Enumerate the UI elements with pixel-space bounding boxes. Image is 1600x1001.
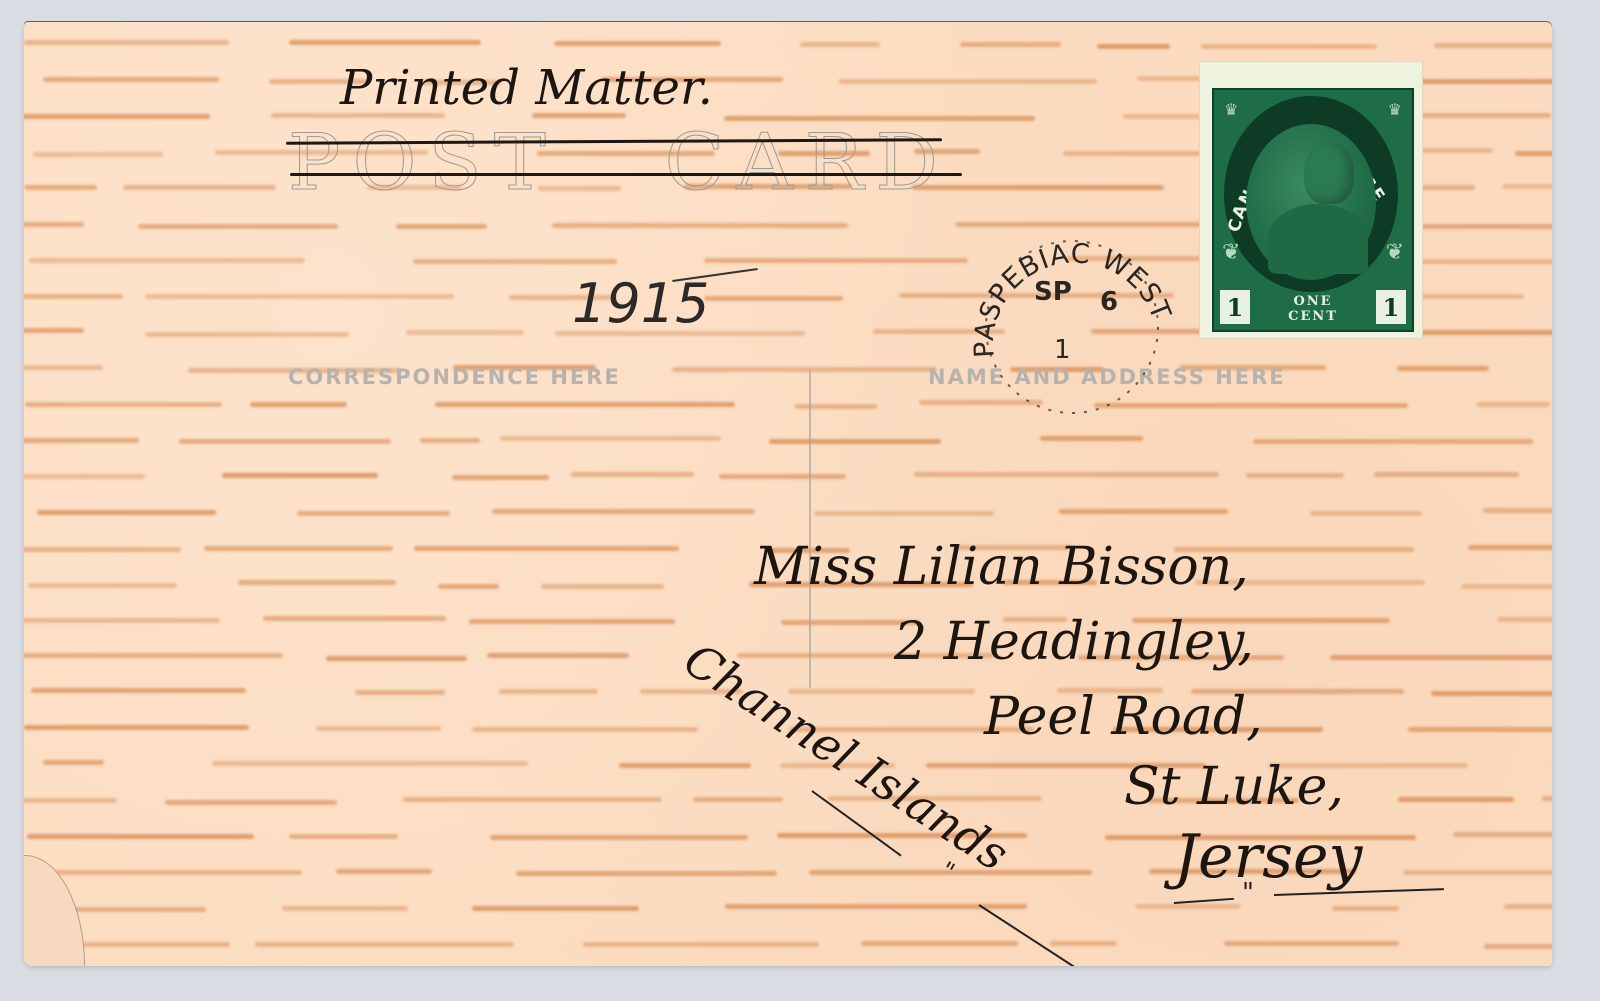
stripe bbox=[795, 404, 877, 409]
stripe bbox=[487, 653, 629, 658]
stripe bbox=[396, 224, 487, 229]
stamp-denomination-row: 1 ONE CENT 1 bbox=[1214, 284, 1412, 330]
postmark-day: 6 bbox=[1100, 287, 1118, 317]
stripe bbox=[492, 509, 755, 514]
stripe bbox=[552, 223, 848, 228]
stripe bbox=[1434, 43, 1552, 48]
stripe bbox=[693, 797, 784, 802]
stripe bbox=[27, 834, 254, 839]
stripe bbox=[406, 330, 524, 335]
stripe bbox=[413, 259, 617, 264]
stripe bbox=[1497, 617, 1552, 622]
stamp-value-right: 1 bbox=[1376, 290, 1406, 324]
handwritten-printed-matter: Printed Matter. bbox=[340, 60, 713, 116]
maple-leaf-icon: ❦ bbox=[1222, 240, 1240, 265]
stripe bbox=[355, 690, 445, 695]
crown-icon: ♛ bbox=[1224, 100, 1238, 119]
stripe bbox=[24, 798, 117, 803]
stripe bbox=[719, 474, 846, 479]
stripe bbox=[336, 869, 432, 874]
address-line-name: Miss Lilian Bisson, bbox=[754, 537, 1249, 597]
stamp-denomination: ONE CENT bbox=[1256, 294, 1370, 324]
stripe bbox=[24, 365, 103, 370]
postcard: POST CARD Printed Matter. 1915 CORRESPON… bbox=[24, 22, 1552, 966]
stripe bbox=[1483, 508, 1552, 513]
stripe bbox=[1059, 509, 1228, 514]
stripe bbox=[619, 763, 752, 768]
king-portrait bbox=[1246, 124, 1376, 280]
stripe bbox=[452, 475, 549, 480]
stripe bbox=[469, 619, 676, 624]
stripe bbox=[145, 294, 454, 299]
stripe bbox=[672, 367, 937, 372]
stripe bbox=[583, 942, 819, 947]
stamp-frame: CANADA POSTAGE ♛ ♛ ❦ ❦ 1 ONE CENT 1 bbox=[1212, 88, 1414, 332]
denomination-top: ONE bbox=[1256, 294, 1370, 309]
stripe bbox=[316, 726, 440, 731]
postmark-month: SP bbox=[1034, 277, 1072, 307]
crown-icon: ♛ bbox=[1388, 100, 1402, 119]
postmark-circle: PASPEBIAC WEST bbox=[954, 217, 1184, 437]
stripe bbox=[165, 800, 337, 805]
stripe bbox=[1374, 472, 1519, 477]
stripe bbox=[1224, 941, 1399, 946]
stripe bbox=[960, 42, 1061, 47]
stripe bbox=[472, 906, 639, 911]
stripe bbox=[403, 797, 662, 802]
stripe bbox=[472, 727, 698, 732]
stripe bbox=[1502, 184, 1552, 189]
stripe bbox=[29, 258, 305, 263]
denomination-bottom: CENT bbox=[1256, 309, 1370, 324]
stripe bbox=[704, 258, 967, 263]
address-line-parish: St Luke, bbox=[1124, 757, 1344, 817]
stripe bbox=[24, 618, 220, 623]
stripe bbox=[289, 40, 481, 45]
stripe bbox=[516, 871, 777, 876]
stripe bbox=[1253, 439, 1534, 444]
stripe bbox=[1332, 906, 1398, 911]
stripe bbox=[1310, 511, 1422, 516]
stripe bbox=[43, 760, 104, 765]
stripe bbox=[297, 511, 450, 516]
postmark-extra: 1 bbox=[1054, 335, 1071, 365]
stripe bbox=[179, 439, 391, 444]
stripe bbox=[420, 438, 480, 443]
stripe bbox=[24, 40, 229, 45]
maple-leaf-icon: ❦ bbox=[1386, 240, 1404, 265]
stripe bbox=[788, 689, 975, 694]
portrait-bust bbox=[1268, 204, 1368, 274]
stripe bbox=[25, 402, 222, 407]
stripe bbox=[1408, 727, 1552, 732]
stripe bbox=[24, 185, 97, 190]
stripe bbox=[24, 438, 139, 443]
stripe bbox=[212, 761, 528, 766]
stripe bbox=[438, 584, 499, 589]
stripe bbox=[263, 616, 446, 621]
handwritten-year: 1915 bbox=[572, 272, 709, 335]
stripe bbox=[24, 294, 123, 299]
stripe bbox=[33, 152, 162, 157]
stripe bbox=[24, 870, 302, 875]
stripe bbox=[24, 222, 84, 227]
stripe bbox=[222, 473, 378, 478]
stripe bbox=[1453, 832, 1552, 837]
stripe bbox=[914, 472, 1219, 477]
stripe bbox=[24, 653, 283, 658]
stripe bbox=[238, 580, 397, 585]
stripe bbox=[499, 689, 598, 694]
stripe bbox=[1542, 796, 1552, 801]
postage-stamp: CANADA POSTAGE ♛ ♛ ❦ ❦ 1 ONE CENT 1 bbox=[1200, 62, 1422, 338]
stripe bbox=[255, 942, 514, 947]
postmark: PASPEBIAC WEST SP 6 1 bbox=[954, 217, 1184, 437]
stripe bbox=[1403, 870, 1552, 875]
stripe bbox=[24, 547, 181, 552]
stripe bbox=[814, 511, 994, 516]
stripe bbox=[1504, 904, 1552, 909]
ditto-mark: " bbox=[1242, 878, 1254, 908]
stripe bbox=[1330, 655, 1552, 660]
stripe bbox=[1097, 44, 1170, 49]
printed-heading: POST CARD bbox=[288, 118, 950, 208]
stripe bbox=[414, 546, 678, 551]
stripe bbox=[123, 185, 275, 190]
stripe bbox=[1050, 941, 1117, 946]
stripe bbox=[1398, 797, 1514, 802]
stripe bbox=[289, 834, 397, 839]
stripe bbox=[204, 546, 393, 551]
stripe bbox=[24, 725, 248, 730]
stripe bbox=[1515, 151, 1552, 156]
stripe bbox=[250, 402, 347, 407]
stripe bbox=[24, 114, 210, 119]
address-line-house: 2 Headingley, bbox=[894, 612, 1254, 672]
stripe bbox=[500, 436, 721, 441]
stripe bbox=[31, 688, 246, 693]
stripe bbox=[326, 656, 467, 661]
stripe bbox=[704, 296, 843, 301]
stripe bbox=[138, 224, 338, 229]
stripe bbox=[912, 185, 1164, 190]
svg-text:PASPEBIAC WEST: PASPEBIAC WEST bbox=[969, 238, 1177, 358]
center-divider bbox=[809, 370, 811, 688]
stripe bbox=[24, 328, 84, 333]
stripe bbox=[145, 332, 349, 337]
stripe bbox=[839, 79, 1096, 84]
stripe bbox=[1431, 691, 1552, 696]
stripe bbox=[571, 472, 695, 477]
stripe bbox=[1397, 366, 1489, 371]
stripe bbox=[800, 42, 880, 47]
stripe bbox=[28, 583, 178, 588]
stripe bbox=[435, 402, 735, 407]
stripe bbox=[541, 584, 664, 589]
stripe bbox=[24, 474, 145, 479]
stripe bbox=[769, 439, 941, 444]
stripe bbox=[1135, 904, 1241, 909]
stripe bbox=[861, 941, 1018, 946]
stripe bbox=[490, 835, 748, 840]
stripe bbox=[37, 510, 217, 515]
stripe bbox=[1468, 545, 1552, 550]
portrait-head bbox=[1304, 142, 1354, 204]
stripe bbox=[1246, 473, 1343, 478]
address-line-island: Jersey bbox=[1174, 822, 1362, 892]
stripe bbox=[282, 906, 408, 911]
stripe bbox=[1484, 944, 1552, 949]
stripe bbox=[1201, 44, 1376, 49]
correspondence-label: CORRESPONDENCE HERE bbox=[288, 365, 621, 389]
stripe bbox=[1461, 584, 1552, 589]
stripe bbox=[1477, 402, 1551, 407]
stripe bbox=[554, 41, 721, 46]
stamp-value-left: 1 bbox=[1220, 290, 1250, 324]
strikethrough-line-2 bbox=[290, 173, 962, 176]
stripe bbox=[43, 77, 219, 82]
address-line-street: Peel Road, bbox=[984, 687, 1263, 747]
